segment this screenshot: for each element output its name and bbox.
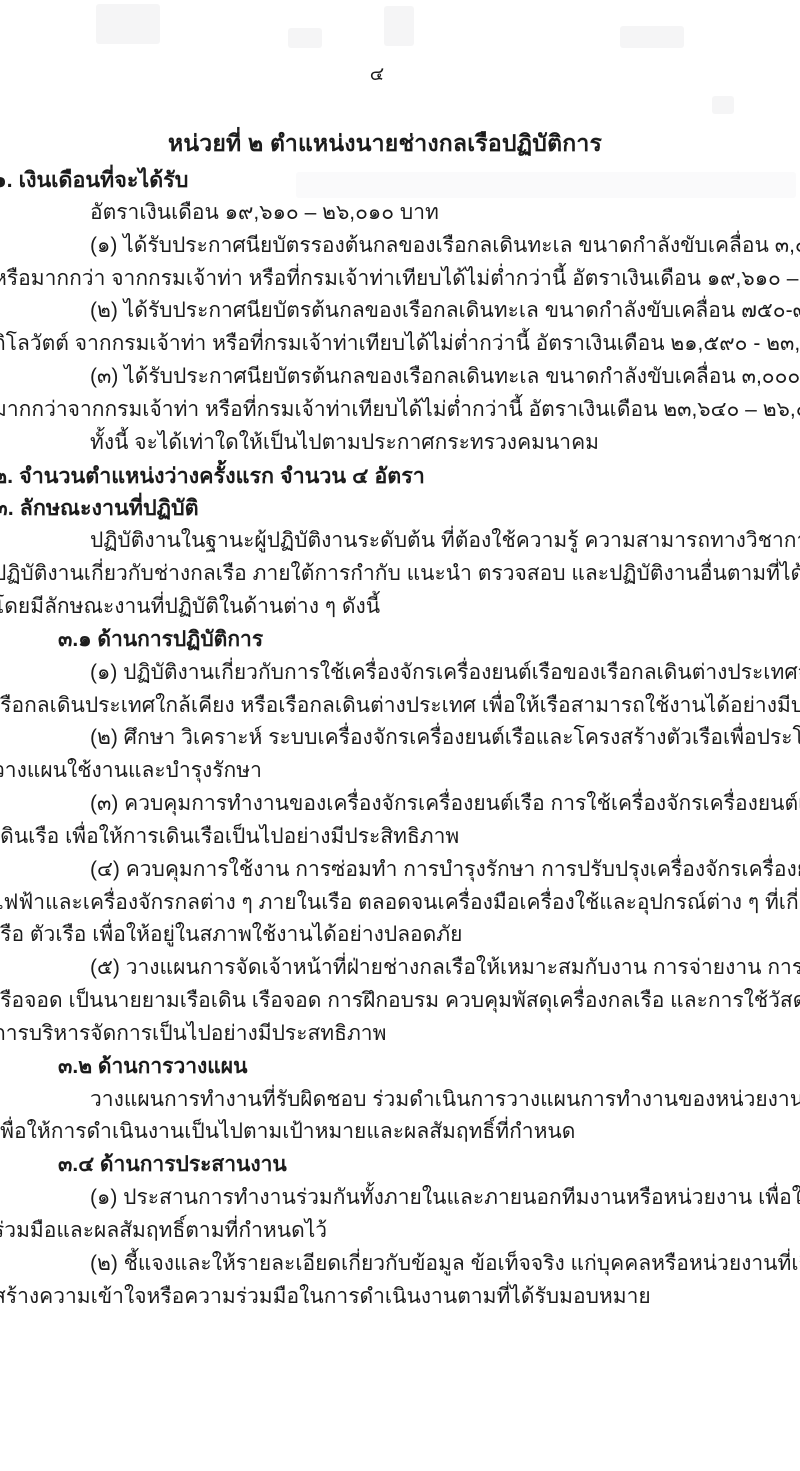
document-body: ๑. เงินเดือนที่จะได้รับ อัตราเงินเดือน ๑…	[0, 164, 800, 1314]
duty-item-line: (๑) ปฏิบัติงานเกี่ยวกับการใช้เครื่องจักร…	[0, 657, 800, 690]
duty-item-cont: การบริหารจัดการเป็นไปอย่างมีประสทธิภาพ	[0, 1018, 800, 1051]
salary-item-2-line: (๒) ได้รับประกาศนียบัตรต้นกลของเรือกลเดิ…	[0, 295, 800, 328]
section-2-heading: ๒. จำนวนตำแหน่งว่างครั้งแรก จำนวน ๔ อัตร…	[0, 460, 800, 493]
coordination-item-line: (๑) ประสานการทำงานร่วมกันทั้งภายในและภาย…	[0, 1182, 800, 1215]
section-1-heading: ๑. เงินเดือนที่จะได้รับ	[0, 164, 800, 197]
scan-smudge	[620, 26, 684, 48]
duty-item-cont: เรือกลเดินประเทศใกล้เคียง หรือเรือกลเดิน…	[0, 690, 800, 723]
duties-intro-line: ปฏิบัติงานในฐานะผู้ปฏิบัติงานระดับต้น ที…	[0, 525, 800, 558]
scan-smudge	[712, 96, 734, 114]
document-title: หน่วยที่ ๒ ตำแหน่งนายช่างกลเรือปฏิบัติกา…	[0, 127, 770, 159]
duty-item-cont: เดินเรือ เพื่อให้การเดินเรือเป็นไปอย่างม…	[0, 821, 800, 854]
duties-intro-cont: ปฏิบัติงานเกี่ยวกับช่างกลเรือ ภายใต้การก…	[0, 558, 800, 591]
duty-item-cont: ไฟฟ้าและเครื่องจักรกลต่าง ๆ ภายในเรือ ตล…	[0, 887, 800, 920]
coordination-item-line: (๒) ชี้แจงและให้รายละเอียดเกี่ยวกับข้อมู…	[0, 1248, 800, 1281]
scanned-document-page: ๔ หน่วยที่ ๒ ตำแหน่งนายช่างกลเรือปฏิบัติ…	[0, 0, 800, 1471]
duty-item-line: (๕) วางแผนการจัดเจ้าหน้าที่ฝ่ายช่างกลเรื…	[0, 952, 800, 985]
salary-item-1-line: (๑) ได้รับประกาศนียบัตรรองต้นกลของเรือกล…	[0, 230, 800, 263]
salary-item-2-cont: กิโลวัตต์ จากกรมเจ้าท่า หรือที่กรมเจ้าท่…	[0, 328, 800, 361]
duties-intro-cont: โดยมีลักษณะงานที่ปฏิบัติในด้านต่าง ๆ ดัง…	[0, 591, 800, 624]
scan-smudge	[288, 28, 322, 48]
duty-item-line: (๓) ควบคุมการทำงานของเครื่องจักรเครื่องย…	[0, 788, 800, 821]
duty-item-cont: เรือจอด เป็นนายยามเรือเดิน เรือจอด การฝึ…	[0, 985, 800, 1018]
salary-rate-line: อัตราเงินเดือน ๑๙,๖๑๐ – ๒๖,๐๑๐ บาท	[0, 197, 800, 230]
subsection-3-1-heading: ๓.๑ ด้านการปฏิบัติการ	[0, 624, 800, 657]
duty-item-cont: วางแผนใช้งานและบำรุงรักษา	[0, 755, 800, 788]
scan-smudge	[96, 4, 160, 44]
page-number: ๔	[0, 62, 754, 88]
section-3-heading: ๓. ลักษณะงานที่ปฏิบัติ	[0, 492, 800, 525]
subsection-3-4-heading: ๓.๔ ด้านการประสานงาน	[0, 1149, 800, 1182]
duty-item-line: (๔) ควบคุมการใช้งาน การซ่อมทำ การบำรุงรั…	[0, 854, 800, 887]
duty-item-cont: เรือ ตัวเรือ เพื่อให้อยู่ในสภาพใช้งานได้…	[0, 919, 800, 952]
salary-item-1-cont: หรือมากกว่า จากกรมเจ้าท่า หรือที่กรมเจ้า…	[0, 263, 800, 296]
duty-item-line: (๒) ศึกษา วิเคราะห์ ระบบเครื่องจักรเครื่…	[0, 722, 800, 755]
scan-smudge	[384, 6, 414, 46]
salary-item-3-line: (๓) ได้รับประกาศนียบัตรต้นกลของเรือกลเดิ…	[0, 361, 800, 394]
subsection-3-2-heading: ๓.๒ ด้านการวางแผน	[0, 1051, 800, 1084]
coordination-item-cont: ร่วมมือและผลสัมฤทธิ์ตามที่กำหนดไว้	[0, 1215, 800, 1248]
planning-line: วางแผนการทำงานที่รับผิดชอบ ร่วมดำเนินการ…	[0, 1084, 800, 1117]
planning-cont: เพื่อให้การดำเนินงานเป็นไปตามเป้าหมายและ…	[0, 1116, 800, 1149]
salary-note-line: ทั้งนี้ จะได้เท่าใดให้เป็นไปตามประกาศกระ…	[0, 427, 800, 460]
coordination-item-cont: สร้างความเข้าใจหรือความร่วมมือในการดำเนิ…	[0, 1281, 800, 1314]
salary-item-3-cont: มากกว่าจากกรมเจ้าท่า หรือที่กรมเจ้าท่าเท…	[0, 394, 800, 427]
